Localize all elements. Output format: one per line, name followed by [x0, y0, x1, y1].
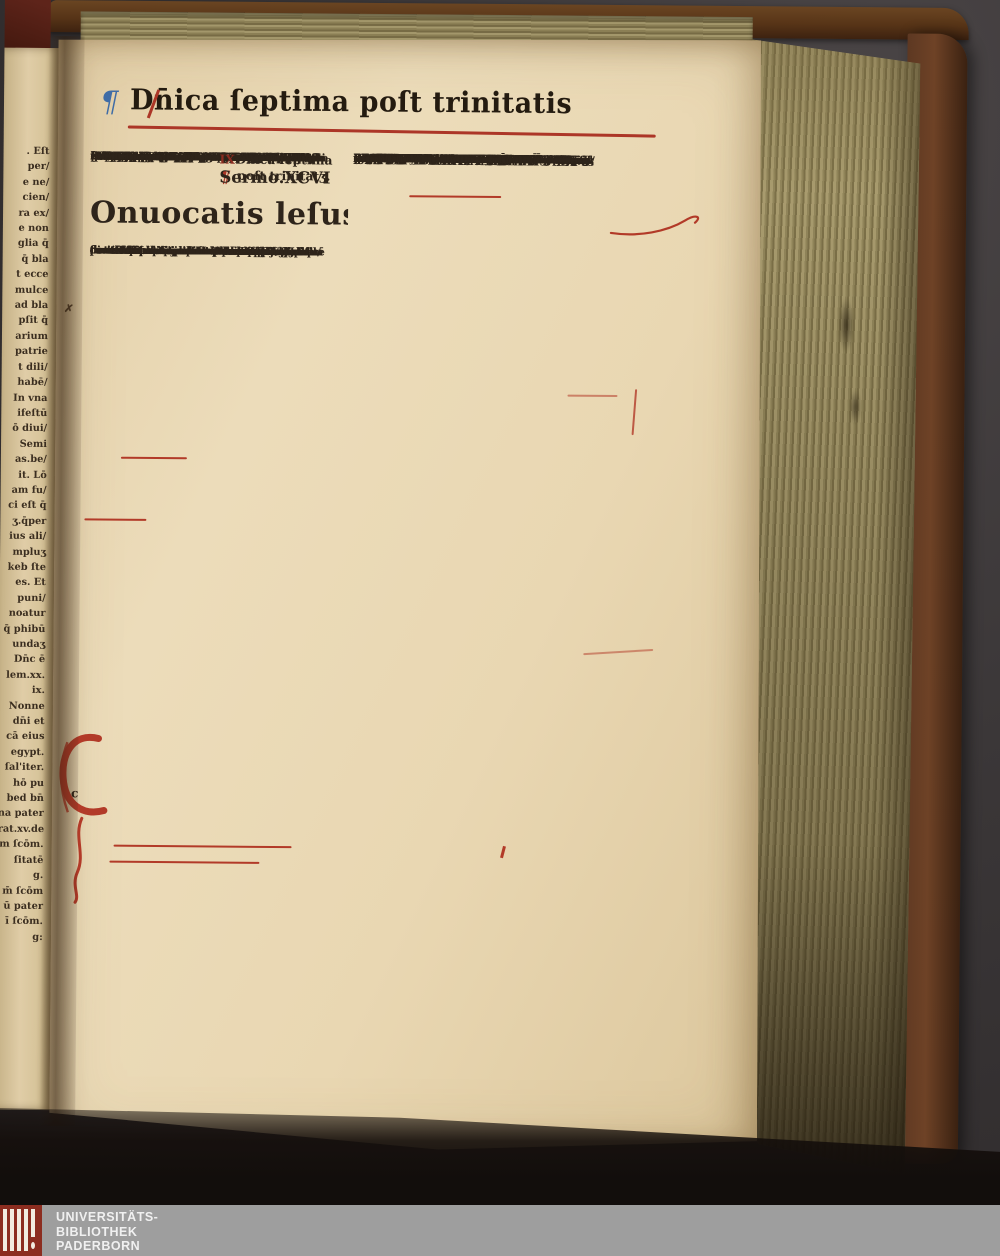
facing-page-fragment: egypt. — [0, 744, 44, 760]
library-watermark-bar: UNIVERSITÄTS- BIBLIOTHEK PADERBORN — [0, 1205, 1000, 1256]
facing-page-fragment: pſit q̄ — [2, 313, 48, 329]
facing-page-fragment: cien/ — [3, 190, 49, 206]
facing-page-fragment: . Eſt — [4, 144, 50, 160]
facing-page-fragment: In vna — [1, 390, 47, 406]
facing-page-fragment: Dn̄c ē — [0, 652, 45, 668]
facing-page-fragment: Semi — [1, 436, 47, 452]
ink-smudge — [838, 297, 854, 353]
red-underline-marci-matthei — [114, 845, 292, 849]
facing-page-fragment: bed bn̄ — [0, 791, 44, 807]
library-logo-icon — [0, 1205, 42, 1256]
left-column: Et etiam propter horrorem criminis. etet… — [90, 148, 349, 244]
facing-page-fragment: ū pater — [0, 899, 43, 915]
facing-page-fragment: as.be/ — [1, 452, 47, 468]
facing-page-fragment: it. Lō — [1, 467, 47, 483]
section-heading-folio-mark: IX — [219, 152, 234, 168]
facing-page-fragment: ʒ.q̄per — [0, 513, 46, 529]
facing-page-fragment: g: — [0, 929, 43, 945]
red-underline-caplo — [567, 395, 617, 397]
facing-page-fragment: mpluʒ — [0, 544, 46, 560]
library-name-line3: PADERBORN — [56, 1239, 158, 1254]
running-title-underline — [128, 125, 656, 137]
facing-page-fragment: m̄ ſcōm — [0, 883, 43, 899]
facing-page-fragment: ius ali/ — [0, 529, 46, 545]
red-margin-wavy-mark — [632, 389, 638, 435]
text-line: fectibus ſubditorum. Hinc eſt quod Job — [90, 242, 309, 259]
facing-page-fragment: q̄ bla — [3, 251, 49, 267]
facing-page-fragment: arium — [2, 329, 48, 345]
facing-page-fragment: ix. — [0, 683, 45, 699]
red-initial-stroke — [500, 846, 506, 858]
facing-page-fragment: rat.xv.de — [0, 822, 44, 838]
sermon-number-text: Sermo.XCVI — [219, 168, 330, 189]
running-title: Dn̄ica ſeptima poſt trinitatis — [130, 84, 572, 121]
facing-page-fragment: ſitatē — [0, 852, 43, 868]
facing-page-fragment: e non — [3, 221, 49, 237]
facing-page-fragment: noatur — [0, 606, 46, 622]
library-name-line1: UNIVERSITÄTS- — [56, 1210, 158, 1225]
facing-page-fragment: habē/ — [2, 375, 48, 391]
red-underline-job — [409, 195, 501, 198]
facing-page-fragment: ſal'iter. — [0, 760, 44, 776]
facing-page-fragment: g. — [0, 868, 43, 884]
facing-page-fragment: na pater — [0, 806, 44, 822]
facing-page-fragment: patrie — [2, 344, 48, 360]
facing-page-fragment: mulce — [2, 282, 48, 298]
page-recto: ¶ Dn̄ica ſeptima poſt trinitatis ✗ Et et… — [49, 34, 767, 1152]
ink-smudge — [849, 389, 861, 425]
blue-pilcrow-icon: ¶ — [100, 84, 119, 118]
facing-page-fragment: glia q̄ — [3, 236, 49, 252]
text-line: exhibuit et impendit. videlicet languore… — [353, 151, 582, 168]
photo-canvas: . Eſtper/e ne/cien/ra ex/e nonglia q̄q̄ … — [0, 0, 1000, 1256]
facing-page-fragment: puni/ — [0, 590, 46, 606]
red-underline-policratus — [109, 861, 259, 864]
red-margin-flourish-icon — [609, 207, 705, 240]
facing-page-fragment: t ecce — [2, 267, 48, 283]
facing-page-fragment: hō pu — [0, 775, 44, 791]
facing-page-fragment: es. Et — [0, 575, 46, 591]
facing-page-fragment: dn̄i et — [0, 714, 45, 730]
book: . Eſtper/e ne/cien/ra ex/e nonglia q̄q̄ … — [0, 0, 1000, 1256]
library-name: UNIVERSITÄTS- BIBLIOTHEK PADERBORN — [56, 1210, 158, 1254]
left-column-text: Et etiam propter horrorem criminis. etet… — [91, 148, 349, 150]
facing-page-fragment: Nonne — [0, 698, 45, 714]
facing-page-fragment: m ſcōm. — [0, 837, 44, 853]
right-column-text: de ſe dicit. Cum ſederem quaſi rex circu… — [354, 151, 622, 153]
library-name-line2: BIBLIOTHEK — [56, 1225, 158, 1240]
facing-page-fragment: ifeſtū — [1, 406, 47, 422]
red-underline-isaie — [121, 457, 187, 460]
facing-page-fragment: am fu/ — [1, 483, 47, 499]
sermon-number: ¶Sermo.XCVI — [90, 166, 348, 190]
facing-page-fragment: e ne/ — [3, 174, 49, 190]
facing-page-fragment: ra ex/ — [3, 205, 49, 221]
incipit-line: Onuocatis leſus — [90, 188, 348, 244]
facing-page-fragment: cā eius — [0, 729, 45, 745]
right-column: de ſe dicit. Cum ſederem quaſi rex circu… — [354, 151, 622, 153]
facing-page-fragment: q̄ phibū — [0, 621, 45, 637]
facing-page-fragment: ō diui/ — [1, 421, 47, 437]
facing-page-fragment: t dili/ — [2, 359, 48, 375]
facing-page-fragment: keb ſte — [0, 560, 46, 576]
facing-page-fragment: ci eſt q̄ — [0, 498, 46, 514]
facing-page-fragment: lem.xx. — [0, 667, 45, 683]
facing-page-fragment: per/ — [3, 159, 49, 175]
red-underline-paralippo — [84, 518, 146, 521]
red-margin-line — [583, 649, 653, 655]
text-line: viuit et regnat. ʒc̄. — [90, 148, 192, 164]
facing-page-fragment: undaʒ — [0, 637, 45, 653]
facing-page-fragment: ī ſcōm. — [0, 914, 43, 930]
facing-page-fragment: ad bla — [2, 298, 48, 314]
